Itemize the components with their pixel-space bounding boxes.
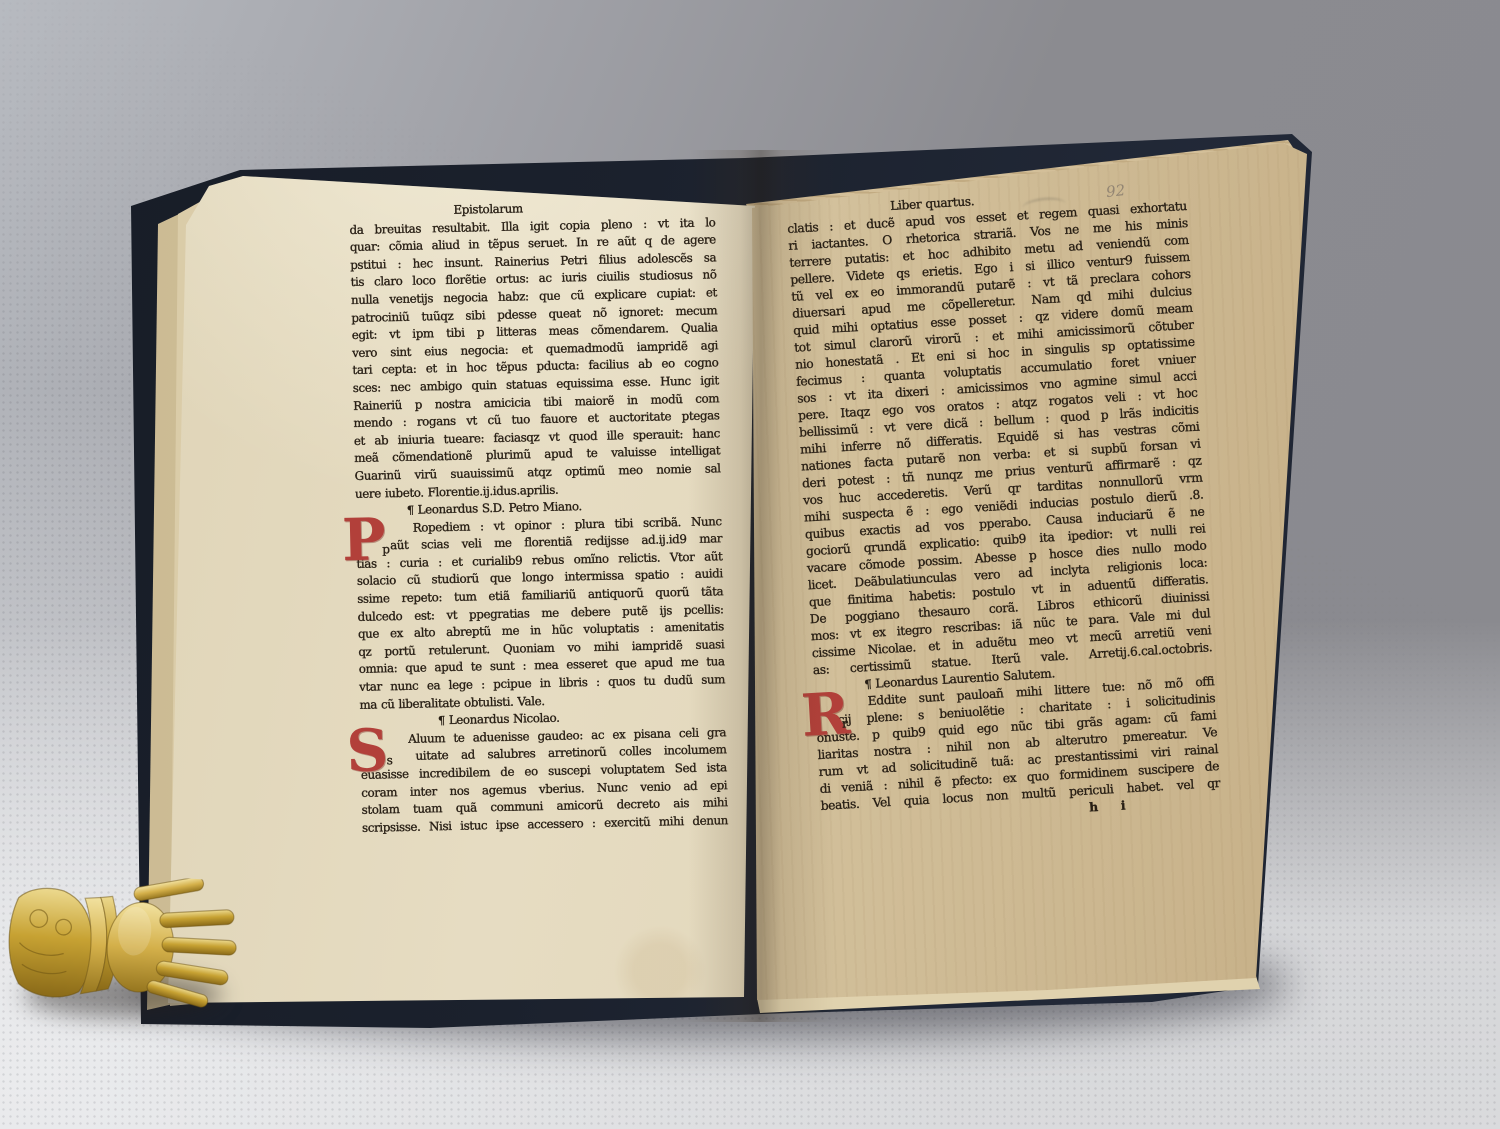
letter-block: RrEddite sunt pauloañ mihi littere tue: … [814, 673, 1220, 815]
gold-hand-clasp-icon [1, 866, 244, 1022]
clasp-hand [103, 870, 241, 1011]
guide-letter: s [387, 753, 393, 767]
illuminated-initial: P [342, 514, 386, 565]
right-page-text: Liber quartus. clatis : et ducẽ apud vos… [786, 181, 1222, 832]
guide-letter: p [382, 542, 390, 556]
clasp-cuff [5, 886, 96, 999]
guide-letter: r [842, 716, 848, 730]
illuminated-initial: R [800, 688, 851, 741]
letter-block: PpRopediem : vt opinor : plura tibi scri… [356, 513, 726, 714]
folio-annotation: 92 [1105, 181, 1126, 201]
capitulum-mark-icon: ¶ [407, 504, 414, 517]
left-page-body: da breuitas resultabit. Illa igit copia … [349, 214, 728, 837]
capitulum-mark-icon: ¶ [438, 714, 445, 727]
right-page-body: clatis : et ducẽ apud vos esset et regem… [787, 198, 1221, 815]
letter-block: SsAluum te aduenisse gaudeo: ac ex pisan… [360, 724, 728, 837]
left-page-text: Epistolarum da breuitas resultabit. Illa… [349, 196, 728, 837]
illuminated-initial: S [346, 725, 389, 776]
capitulum-mark-icon: ¶ [864, 677, 872, 691]
